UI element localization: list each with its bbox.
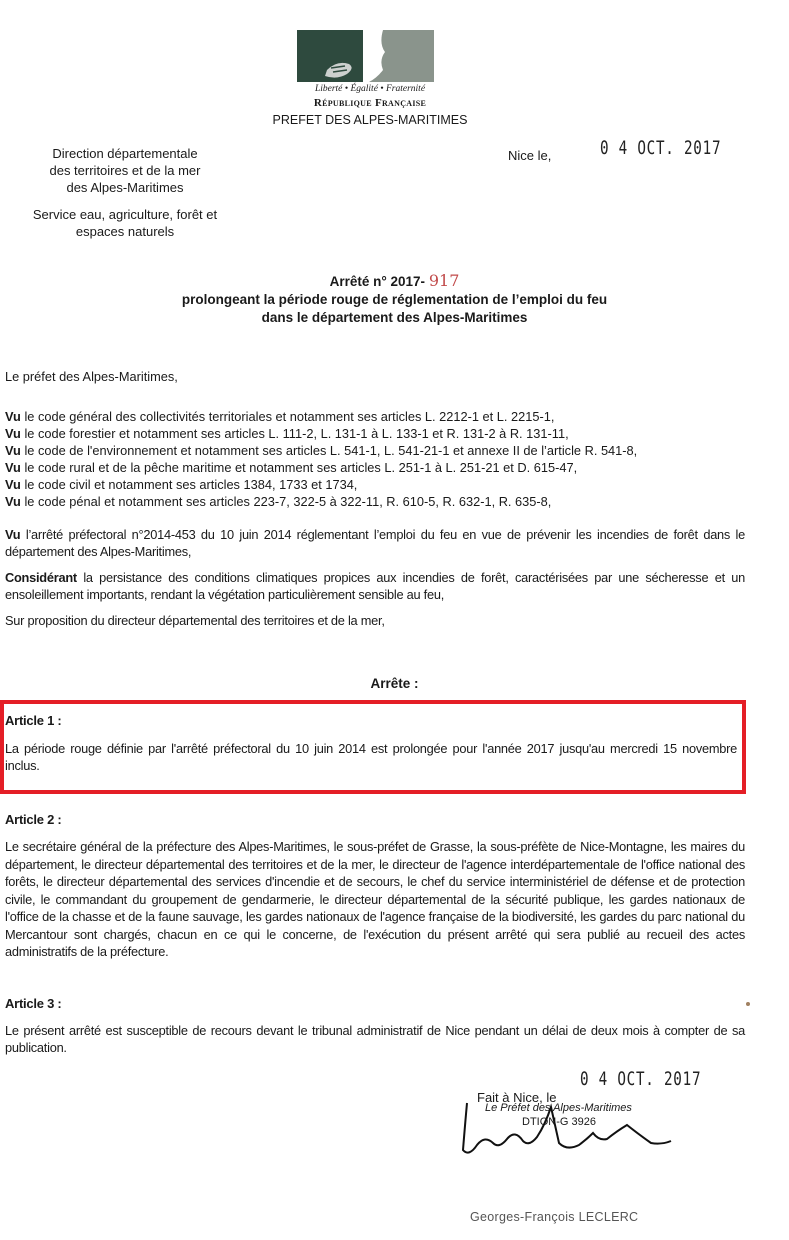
handwritten-signature-icon	[455, 1095, 675, 1165]
service-name: Service eau, agriculture, forêt et espac…	[10, 206, 240, 240]
marianne-logo-icon	[297, 30, 434, 82]
title-line-2: prolongeant la période rouge de réglemen…	[0, 291, 789, 309]
title-line-3: dans le département des Alpes-Maritimes	[0, 309, 789, 327]
arrete-number: Arrêté n° 2017- 917	[0, 272, 789, 291]
vu-item: Vu le code de l'environnement et notamme…	[5, 442, 745, 459]
sender-block: Direction départementale des territoires…	[10, 145, 240, 250]
vu-item: Vu le code civil et notamment ses articl…	[5, 476, 745, 493]
date-stamp: 0 4 OCT. 2017	[600, 137, 721, 159]
signer-name: Georges-François LECLERC	[470, 1210, 638, 1224]
direction-name: Direction départementale des territoires…	[10, 145, 240, 196]
logo-right-panel	[369, 30, 434, 82]
place-label: Nice le,	[508, 148, 551, 163]
article-1-text: La période rouge définie par l'arrêté pr…	[5, 740, 737, 774]
proposition-paragraph: Sur proposition du directeur département…	[5, 612, 745, 629]
article-2-title: Article 2 :	[5, 812, 62, 827]
article-3-text: Le présent arrêté est susceptible de rec…	[5, 1022, 745, 1056]
republique-francaise: République Française	[270, 97, 470, 109]
arrete-heading: Arrête :	[0, 676, 789, 691]
vu-list: Vu le code général des collectivités ter…	[5, 408, 745, 510]
handwritten-number: 917	[429, 271, 460, 290]
article-1-title: Article 1 :	[5, 713, 62, 728]
article-2-text: Le secrétaire général de la préfecture d…	[5, 838, 745, 961]
article-3-title: Article 3 :	[5, 996, 62, 1011]
document-title: Arrêté n° 2017- 917 prolongeant la pério…	[0, 272, 789, 327]
vu-arrete-paragraph: Vu l’arrêté préfectoral n°2014-453 du 10…	[5, 526, 745, 560]
republic-motto: Liberté • Égalité • Fraternité	[300, 84, 440, 94]
vu-item: Vu le code général des collectivités ter…	[5, 408, 745, 425]
vu-item: Vu le code pénal et notamment ses articl…	[5, 493, 745, 510]
signature-date-stamp: 0 4 OCT. 2017	[580, 1068, 701, 1090]
prefet-line: Le préfet des Alpes-Maritimes,	[5, 368, 745, 385]
prefet-heading: PREFET DES ALPES-MARITIMES	[240, 113, 500, 127]
logo-left-panel	[297, 30, 363, 82]
vu-item: Vu le code forestier et notamment ses ar…	[5, 425, 745, 442]
vu-item: Vu le code rural et de la pêche maritime…	[5, 459, 745, 476]
considerant-paragraph: Considérant la persistance des condition…	[5, 569, 745, 603]
scan-speck	[746, 1002, 750, 1006]
